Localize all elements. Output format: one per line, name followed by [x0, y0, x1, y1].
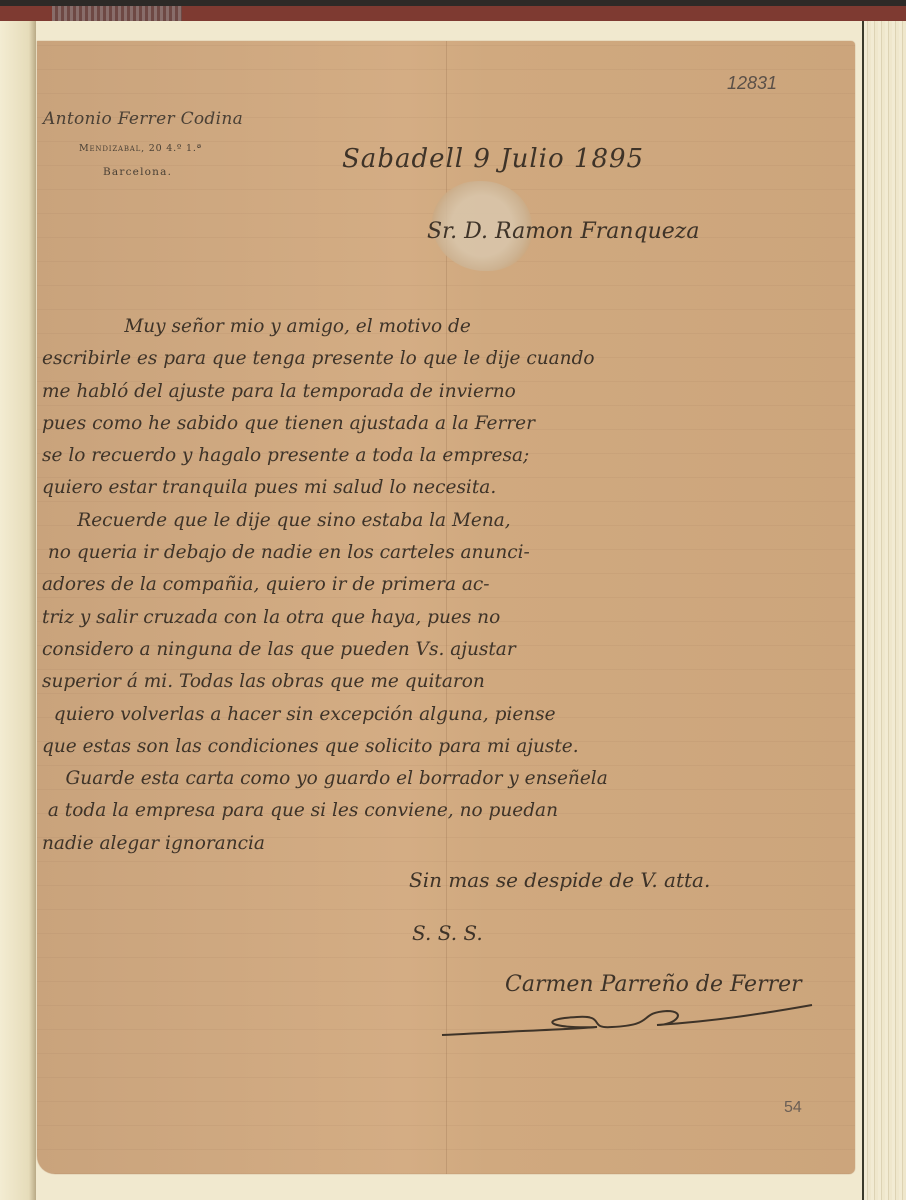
binding-worn-label — [52, 6, 182, 21]
signature-flourish-icon — [437, 999, 817, 1039]
body-line: a toda la empresa para que si les convie… — [42, 795, 852, 827]
folio-number: 54 — [784, 1099, 802, 1117]
body-line: no queria ir debajo de nadie en los cart… — [42, 537, 852, 569]
signature: Carmen Parreño de Ferrer — [505, 972, 802, 997]
letterhead-address: Mendizabal, 20 4.º 1.ª — [79, 143, 303, 154]
body-line: nadie alegar ignorancia — [42, 828, 852, 860]
body-line: Guarde esta carta como yo guardo el borr… — [42, 763, 852, 795]
body-line: Muy señor mio y amigo, el motivo de — [42, 311, 852, 343]
body-line: Recuerde que le dije que sino estaba la … — [42, 505, 852, 537]
body-line: quiero volverlas a hacer sin excepción a… — [42, 699, 852, 731]
letter-sheet: Antonio Ferrer Codina Mendizabal, 20 4.º… — [37, 41, 855, 1174]
closing-line: Sin mas se despide de V. atta. — [409, 868, 710, 892]
body-line: quiero estar tranquila pues mi salud lo … — [42, 472, 852, 504]
book-binding-edge — [0, 0, 906, 21]
body-line: adores de la compañia, quiero ir de prim… — [42, 569, 852, 601]
abbreviation-sss: S. S. S. — [412, 921, 483, 945]
body-line: pues como he sabido que tienen ajustada … — [42, 408, 852, 440]
body-line: que estas son las condiciones que solici… — [42, 731, 852, 763]
place-date: Sabadell 9 Julio 1895 — [342, 144, 644, 174]
recipient: Sr. D. Ramon Franqueza — [427, 219, 700, 244]
body-line: se lo recuerdo y hagalo presente a toda … — [42, 440, 852, 472]
body-line: triz y salir cruzada con la otra que hay… — [42, 602, 852, 634]
body-line: superior á mi. Todas las obras que me qu… — [42, 666, 852, 698]
left-page-gutter — [0, 21, 36, 1200]
letterhead-city: Barcelona. — [103, 166, 303, 178]
letterhead: Antonio Ferrer Codina Mendizabal, 20 4.º… — [43, 109, 303, 178]
body-line: me habló del ajuste para la temporada de… — [42, 376, 852, 408]
letter-body: Muy señor mio y amigo, el motivo de escr… — [42, 311, 852, 860]
letterhead-name: Antonio Ferrer Codina — [43, 109, 303, 129]
body-line: escribirle es para que tenga presente lo… — [42, 343, 852, 375]
body-line: considero a ninguna de las que pueden Vs… — [42, 634, 852, 666]
page-stack-edge — [862, 21, 906, 1200]
catalog-number: 12831 — [727, 73, 777, 94]
